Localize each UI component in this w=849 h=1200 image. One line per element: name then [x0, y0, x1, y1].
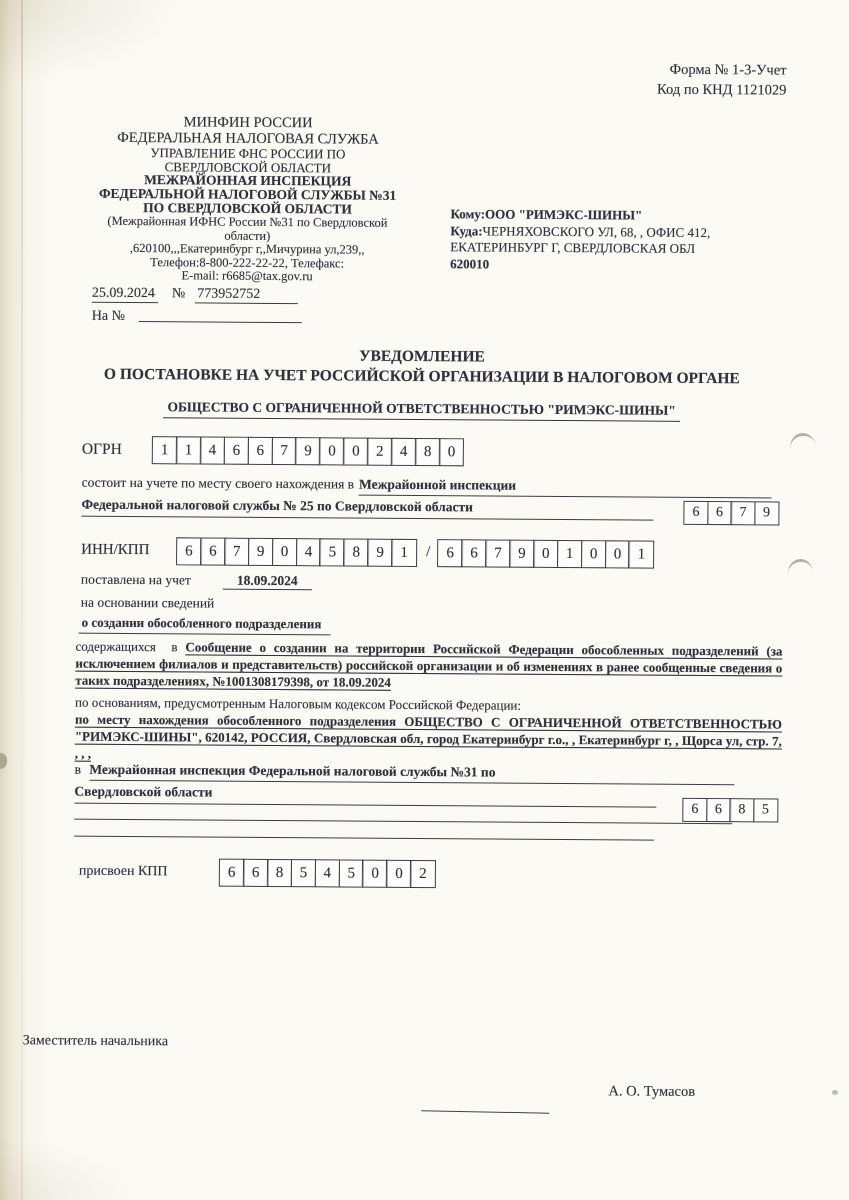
digit-cell: 0 — [272, 538, 298, 566]
registered-label: поставлена на учет — [81, 572, 191, 588]
digit-cell: 4 — [314, 859, 340, 887]
digit-cell: 4 — [296, 538, 322, 566]
registration-inspection-part-2: Федеральной налоговой службы № 25 по Све… — [81, 497, 653, 521]
digit-cell: 0 — [439, 438, 465, 466]
digit-cell: 6 — [243, 859, 269, 887]
digit-cell: 0 — [386, 860, 412, 888]
digit-cell: 6 — [683, 501, 708, 525]
inn-kpp-row: ИНН/КПП6679045891/667901001 — [81, 537, 653, 569]
sender-authority-block: МИНФИН РОССИИ ФЕДЕРАЛЬНАЯ НАЛОГОВАЯ СЛУЖ… — [71, 115, 424, 285]
location-text: по месту нахождения обособленного подраз… — [75, 712, 782, 761]
digit-cell: 1 — [557, 540, 583, 568]
digit-cell: 6 — [682, 798, 707, 822]
signatory-name: А. О. Тумасов — [608, 1083, 695, 1101]
in-prefix: в — [75, 762, 85, 781]
digit-cell: 9 — [509, 540, 535, 568]
digit-cell: 7 — [485, 539, 511, 567]
digit-cell: 6 — [176, 537, 202, 565]
blank-ruled-line — [74, 819, 732, 825]
assigned-kpp-digit-boxes: 668545002 — [219, 859, 434, 889]
reference-row: 25.09.2024№773952752 — [92, 286, 302, 303]
digit-cell: 1 — [391, 539, 417, 567]
digit-cell: 8 — [343, 538, 369, 566]
digit-cell: 2 — [410, 860, 436, 888]
digit-cell: 0 — [533, 540, 559, 568]
registered-date: 18.09.2024 — [223, 573, 312, 591]
inn-kpp-label: ИНН/КПП — [81, 542, 176, 560]
blank-ruled-line — [74, 836, 654, 841]
form-meta-block: Форма № 1-3-Учет Код по КНД 1121029 — [554, 59, 786, 101]
ogrn-digit-boxes: 1146679002480 — [152, 436, 463, 466]
kpp-digit-boxes: 667901001 — [437, 539, 652, 569]
digit-cell: 0 — [362, 860, 388, 888]
signature-line — [421, 1110, 549, 1113]
digit-cell: 1 — [176, 436, 202, 464]
basis-label: на основании сведений — [81, 595, 215, 612]
digit-cell: 6 — [247, 437, 273, 465]
digit-cell: 7 — [730, 501, 755, 525]
digit-cell: 8 — [415, 438, 441, 466]
ogrn-label: ОГРН — [82, 440, 152, 458]
digit-cell: 9 — [248, 538, 274, 566]
assigned-kpp-row: присвоен КПП668545002 — [79, 858, 434, 888]
reply-to-blank-line — [139, 321, 302, 323]
recipient-block: Кому:ООО "РИМЭКС-ШИНЫ" Куда:ЧЕРНЯХОВСКОГ… — [450, 206, 780, 274]
signatory-position: Заместитель начальника — [23, 1033, 168, 1050]
digit-cell: 0 — [343, 437, 369, 465]
reply-to-row: На № — [92, 309, 302, 326]
inn-digit-boxes: 6679045891 — [176, 537, 415, 567]
registration-inspection-part-1: Межрайонной инспекции — [359, 477, 772, 499]
number-sign: № — [172, 286, 185, 301]
digit-cell: 8 — [729, 798, 754, 822]
basis-value: о создании обособленного подразделения — [79, 615, 331, 636]
digit-cell: 4 — [391, 438, 417, 466]
reply-to-label: На № — [92, 309, 125, 324]
organization-name: ОБЩЕСТВО С ОГРАНИЧЕННОЙ ОТВЕТСТВЕННОСТЬЮ… — [163, 399, 679, 422]
form-number-label: Форма № 1-3-Учет — [554, 59, 786, 81]
digit-cell: 9 — [754, 501, 779, 525]
document-number: 773952752 — [195, 286, 298, 304]
recipient-where-label: Куда: — [450, 223, 482, 238]
digit-cell: 0 — [605, 540, 631, 568]
digit-cell: 7 — [271, 437, 297, 465]
digit-cell: 5 — [338, 859, 364, 887]
registration-line-1: состоит на учете по месту своего нахожде… — [82, 475, 772, 499]
new-inspection-code-boxes: 6685 — [682, 798, 776, 823]
sender-email: E-mail: r6685@tax.gov.ru — [71, 269, 423, 285]
scan-artifact-speck — [832, 1090, 838, 1095]
recipient-name: ООО "РИМЭКС-ШИНЫ" — [485, 206, 642, 222]
digit-cell: 7 — [224, 538, 250, 566]
assigned-kpp-label: присвоен КПП — [79, 864, 219, 881]
grounds-line: по основаниям, предусмотренным Налоговым… — [75, 695, 521, 714]
recipient-address-1: ЧЕРНЯХОВСКОГО УЛ, 68, , ОФИС 412, — [483, 223, 711, 240]
document-date: 25.09.2024 — [92, 286, 158, 303]
reference-block: 25.09.2024№773952752 На № — [92, 286, 302, 326]
recipient-address-2: ЕКАТЕРИНБУРГ Г, СВЕРДЛОВСКАЯ ОБЛ — [450, 239, 780, 258]
digit-cell: 6 — [437, 539, 463, 567]
digit-cell: 6 — [200, 537, 226, 565]
digit-cell: 4 — [200, 436, 226, 464]
inspection-code-boxes: 6679 — [683, 501, 777, 526]
recipient-to-label: Кому: — [450, 206, 485, 221]
organization-heading: ОБЩЕСТВО С ОГРАНИЧЕННОЙ ОТВЕТСТВЕННОСТЬЮ… — [37, 398, 806, 422]
digit-cell: 1 — [152, 436, 178, 464]
digit-cell: 2 — [367, 438, 393, 466]
new-inspection-name-1: Межрайонная инспекция Федеральной налого… — [89, 762, 734, 786]
inn-kpp-separator: / — [426, 544, 430, 560]
digit-cell: 6 — [219, 859, 245, 887]
contained-paragraph: содержащихся в Сообщение о создании на т… — [75, 639, 782, 695]
new-inspection-name-2: Свердловской области — [74, 784, 656, 808]
scanned-document-page: Форма № 1-3-Учет Код по КНД 1121029 МИНФ… — [0, 0, 849, 1200]
registered-date-row: поставлена на учет18.09.2024 — [81, 572, 312, 590]
knd-code-label: Код по КНД 1121029 — [554, 79, 786, 101]
location-paragraph: по месту нахождения обособленного подраз… — [75, 712, 782, 768]
document-title: УВЕДОМЛЕНИЕ О ПОСТАНОВКЕ НА УЧЕТ РОССИЙС… — [37, 344, 806, 388]
new-inspection-line-1: в Межрайонная инспекция Федеральной нало… — [75, 762, 735, 786]
digit-cell: 1 — [629, 540, 655, 568]
ogrn-row: ОГРН1146679002480 — [82, 436, 463, 467]
document-content: Форма № 1-3-Учет Код по КНД 1121029 МИНФ… — [0, 0, 849, 1200]
digit-cell: 5 — [319, 538, 345, 566]
registration-text: состоит на учете по месту своего нахожде… — [82, 475, 355, 496]
digit-cell: 8 — [267, 859, 293, 887]
digit-cell: 5 — [753, 798, 778, 822]
digit-cell: 5 — [291, 859, 317, 887]
digit-cell: 6 — [223, 437, 249, 465]
title-line-2: О ПОСТАНОВКЕ НА УЧЕТ РОССИЙСКОЙ ОРГАНИЗА… — [37, 364, 806, 389]
recipient-postal-code: 620010 — [450, 256, 780, 275]
digit-cell: 6 — [461, 539, 487, 567]
contained-prefix: содержащихся в — [75, 639, 185, 655]
digit-cell: 0 — [319, 437, 345, 465]
digit-cell: 9 — [367, 539, 393, 567]
digit-cell: 0 — [581, 540, 607, 568]
digit-cell: 6 — [706, 798, 731, 822]
digit-cell: 6 — [707, 501, 732, 525]
digit-cell: 9 — [295, 437, 321, 465]
